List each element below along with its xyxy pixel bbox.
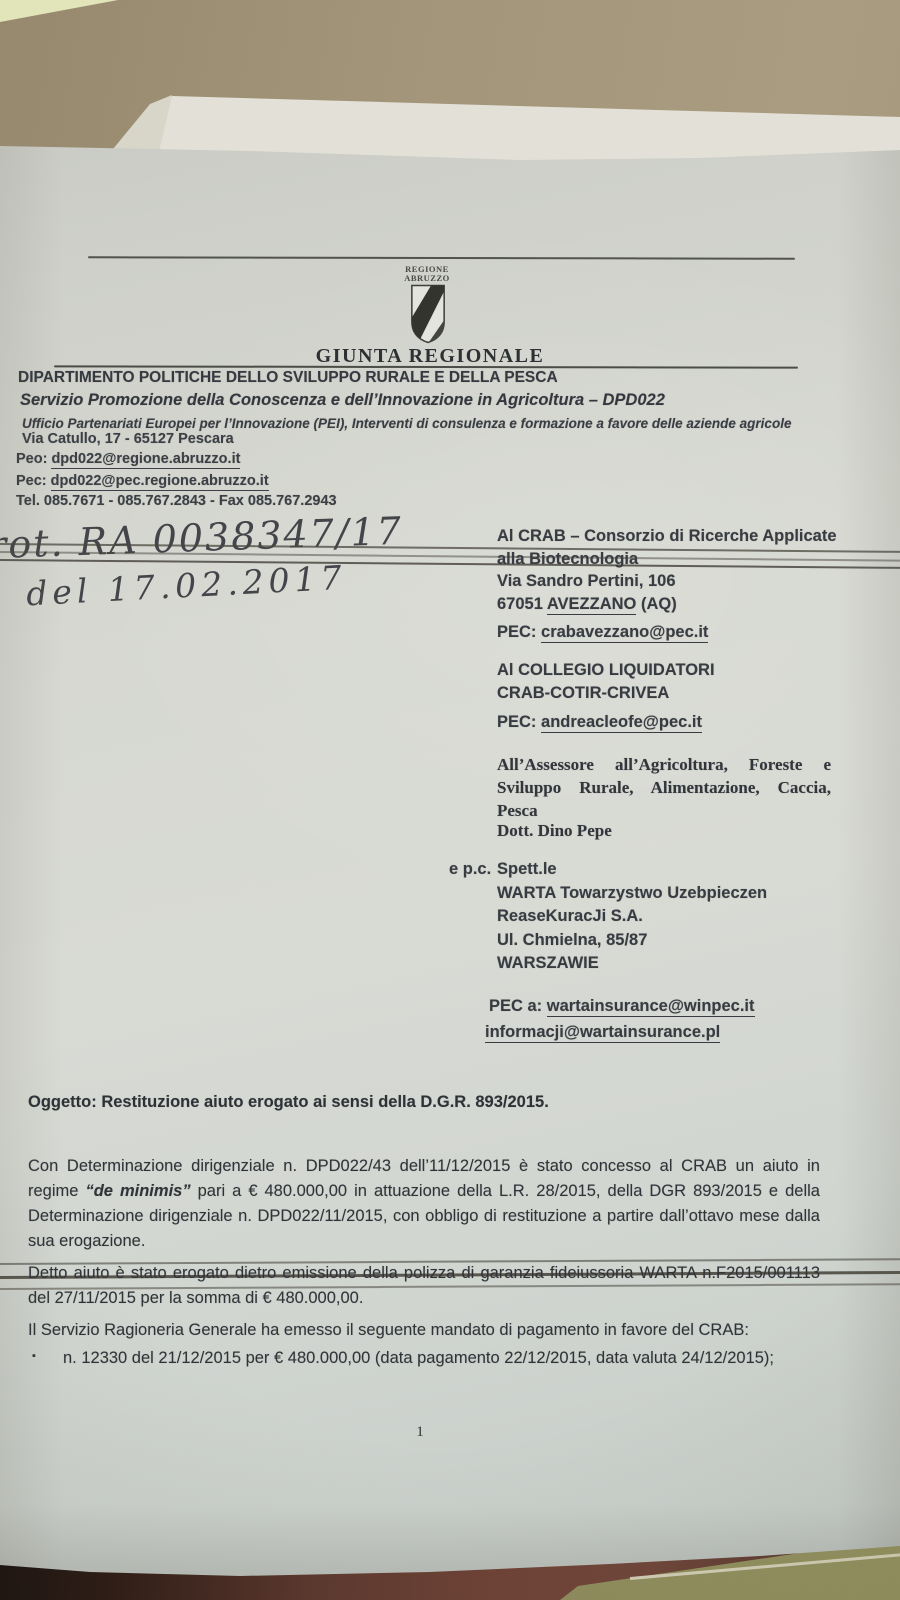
letterhead-peo-line: Peo: dpd022@regione.abruzzo.it bbox=[16, 451, 240, 467]
page-number: 1 bbox=[400, 1424, 440, 1441]
warta-line5: WARSZAWIE bbox=[497, 952, 767, 976]
collegio-line1: Al COLLEGIO LIQUIDATORI bbox=[497, 659, 715, 682]
recipient-warta: Spett.le WARTA Towarzystwo Uzebpieczen R… bbox=[497, 858, 767, 976]
paragraph-3: Il Servizio Ragioneria Generale ha emess… bbox=[28, 1318, 820, 1343]
photo-of-document: REGIONE ABRUZZO GIUNTA REGIONALE DIPARTI… bbox=[0, 0, 900, 1600]
crab-pec-label: PEC: bbox=[497, 623, 541, 641]
crab-line3: Via Sandro Pertini, 106 bbox=[497, 570, 837, 593]
warta-pec-email2: informacji@wartainsurance.pl bbox=[485, 1023, 720, 1043]
recipient-assessore: All’Assessore all’Agricoltura, Foreste e… bbox=[497, 753, 831, 822]
giunta-regionale-title: GIUNTA REGIONALE bbox=[280, 345, 580, 368]
warta-line1: Spett.le bbox=[497, 858, 767, 882]
collegio-line2: CRAB-COTIR-CRIVEA bbox=[497, 682, 715, 705]
recipient-crab-pec: PEC: crabavezzano@pec.it bbox=[497, 621, 708, 644]
recipient-assessore-name: Dott. Dino Pepe bbox=[497, 820, 612, 843]
warta-pec-line2: informacji@wartainsurance.pl bbox=[485, 1019, 755, 1045]
subject-line: Oggetto: Restituzione aiuto erogato ai s… bbox=[28, 1090, 820, 1115]
letterhead-address: Via Catullo, 17 - 65127 Pescara bbox=[22, 431, 234, 447]
paragraph-2: Detto aiuto è stato erogato dietro emiss… bbox=[28, 1261, 820, 1311]
letterhead-pec-line: Pec: dpd022@pec.regione.abruzzo.it bbox=[16, 473, 269, 489]
collegio-pec-label: PEC: bbox=[497, 713, 541, 731]
warta-line2: WARTA Towarzystwo Uzebpieczen bbox=[497, 882, 767, 906]
payment-bullet-item: ▪ n. 12330 del 21/12/2015 per € 480.000,… bbox=[28, 1346, 828, 1371]
office-line: Ufficio Partenariati Europei per l’Innov… bbox=[22, 416, 791, 431]
peo-label: Peo: bbox=[16, 451, 51, 467]
crab-pec-email: crabavezzano@pec.it bbox=[541, 623, 708, 643]
crab-cap: 67051 bbox=[497, 595, 547, 613]
pec-label: Pec: bbox=[16, 473, 51, 489]
warta-pec-label: PEC a: bbox=[489, 997, 547, 1015]
abruzzo-shield-icon bbox=[409, 283, 447, 345]
warta-line4: Ul. Chmielna, 85/87 bbox=[497, 929, 767, 953]
warta-pec-line1: PEC a: wartainsurance@winpec.it bbox=[489, 993, 755, 1019]
warta-pec-email1: wartainsurance@winpec.it bbox=[547, 997, 755, 1017]
crab-line1: Al CRAB – Consorzio di Ricerche Applicat… bbox=[497, 525, 837, 548]
letterhead-phone-line: Tel. 085.7671 - 085.767.2843 - Fax 085.7… bbox=[16, 493, 337, 509]
collegio-pec-email: andreacleofe@pec.it bbox=[541, 713, 702, 733]
logo-region-text: REGIONE ABRUZZO bbox=[377, 265, 477, 283]
warta-line3: ReaseKuracJi S.A. bbox=[497, 905, 767, 929]
recipient-collegio: Al COLLEGIO LIQUIDATORI CRAB-COTIR-CRIVE… bbox=[497, 659, 715, 704]
recipient-collegio-pec: PEC: andreacleofe@pec.it bbox=[497, 711, 702, 734]
square-bullet-icon: ▪ bbox=[32, 1350, 36, 1362]
peo-email: dpd022@regione.abruzzo.it bbox=[51, 451, 240, 469]
crab-city: AVEZZANO bbox=[547, 595, 637, 615]
crab-city-line: 67051 AVEZZANO (AQ) bbox=[497, 593, 837, 616]
recipient-warta-pec: PEC a: wartainsurance@winpec.it informac… bbox=[489, 993, 755, 1045]
service-line: Servizio Promozione della Conoscenza e d… bbox=[20, 391, 665, 410]
header-rule-top bbox=[88, 256, 795, 259]
crab-prov: (AQ) bbox=[636, 595, 676, 613]
document-page: REGIONE ABRUZZO GIUNTA REGIONALE DIPARTI… bbox=[0, 0, 900, 1600]
payment-bullet-text: n. 12330 del 21/12/2015 per € 480.000,00… bbox=[63, 1346, 866, 1371]
logo-abruzzo-line: ABRUZZO bbox=[377, 274, 477, 283]
handwritten-protocol-date: del 17.02.2017 bbox=[25, 558, 347, 614]
department-line: DIPARTIMENTO POLITICHE DELLO SVILUPPO RU… bbox=[18, 369, 558, 387]
pec-email: dpd022@pec.regione.abruzzo.it bbox=[51, 473, 269, 491]
recipient-crab: Al CRAB – Consorzio di Ricerche Applicat… bbox=[497, 525, 837, 615]
paragraph-1: Con Determinazione dirigenziale n. DPD02… bbox=[28, 1154, 820, 1254]
de-minimis-emphasis: “de minimis” bbox=[85, 1182, 190, 1200]
crab-line2: alla Biotecnologia bbox=[497, 548, 837, 571]
epc-label: e p.c. bbox=[449, 858, 491, 881]
